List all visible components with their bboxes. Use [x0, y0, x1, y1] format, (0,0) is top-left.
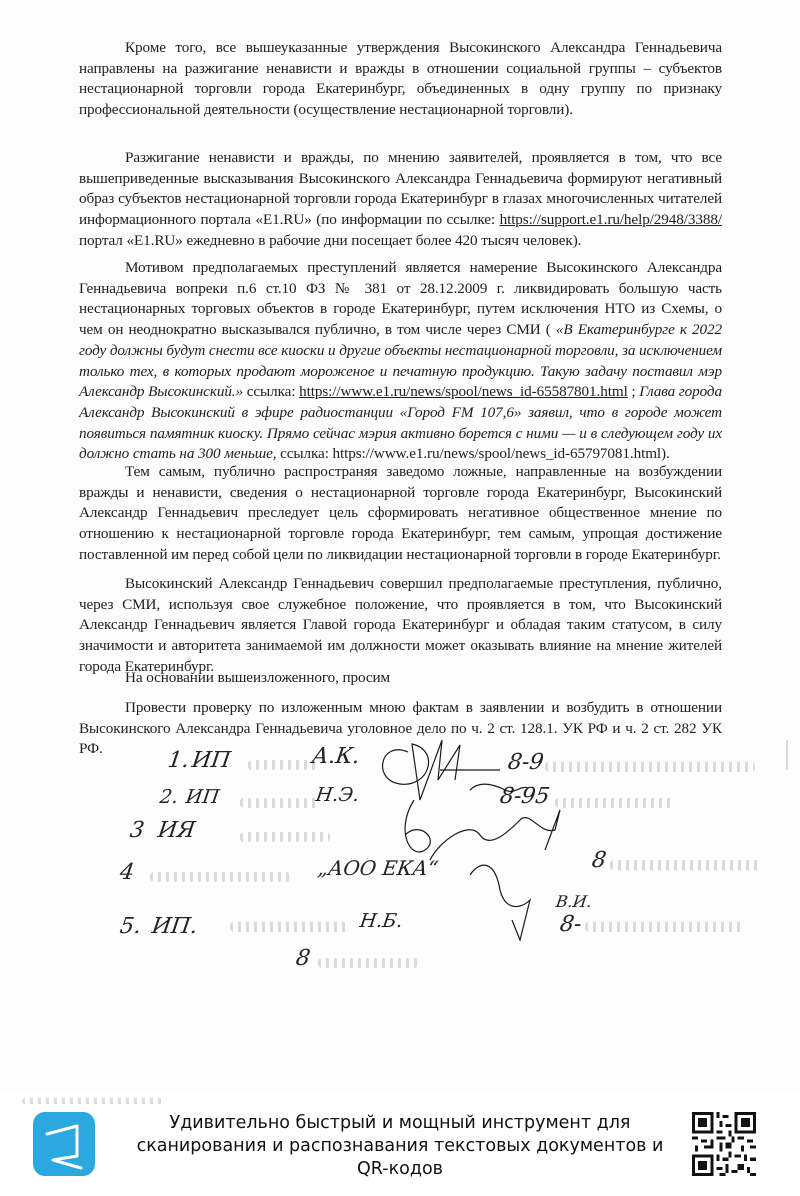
paragraph-hate-incitement: Кроме того, все вышеуказанные утверждени…	[79, 38, 722, 121]
scanner-app-icon[interactable]	[33, 1112, 95, 1176]
scanned-document-page: Кроме того, все вышеуказанные утверждени…	[0, 0, 800, 1090]
paragraph-motive: Мотивом предполагаемых преступлений явля…	[79, 258, 722, 465]
reference-news-65797081: ссылка: https://www.e1.ru/news/spool/new…	[276, 445, 669, 462]
banner-line-3: QR-кодов	[110, 1158, 690, 1181]
paragraph-text: портал «E1.RU» ежедневно в рабочие дни п…	[79, 232, 581, 249]
separator: ;	[628, 383, 640, 400]
banner-line-1: Удивительно быстрый и мощный инструмент …	[110, 1112, 690, 1135]
handwritten-signatures	[0, 740, 800, 990]
qr-code-icon[interactable]	[692, 1112, 756, 1176]
paragraph-public-dissemination: Тем самым, публично распространяя заведо…	[79, 462, 722, 566]
banner-line-2: сканирования и распознавания текстовых д…	[110, 1135, 690, 1158]
paragraph-request-intro: На основании вышеизложенного, просим	[79, 668, 722, 689]
signatures-block: 1. ИП А.К. 8-9 2. ИП Н.Э. 8-95 3 ИЯ 4 „А…	[0, 740, 800, 990]
banner-tagline[interactable]: Удивительно быстрый и мощный инструмент …	[110, 1112, 690, 1181]
paragraph-negative-image: Разжигание ненависти и вражды, по мнению…	[79, 148, 722, 252]
support-e1-link[interactable]: https://support.e1.ru/help/2948/3388/	[500, 211, 722, 228]
news-link-65587801[interactable]: https://www.e1.ru/news/spool/news_id-655…	[299, 383, 628, 400]
paragraph-official-position: Высокинский Александр Геннадьевич соверш…	[79, 574, 722, 678]
scan-artifact	[22, 1098, 162, 1104]
reference-label: ссылка:	[243, 383, 299, 400]
